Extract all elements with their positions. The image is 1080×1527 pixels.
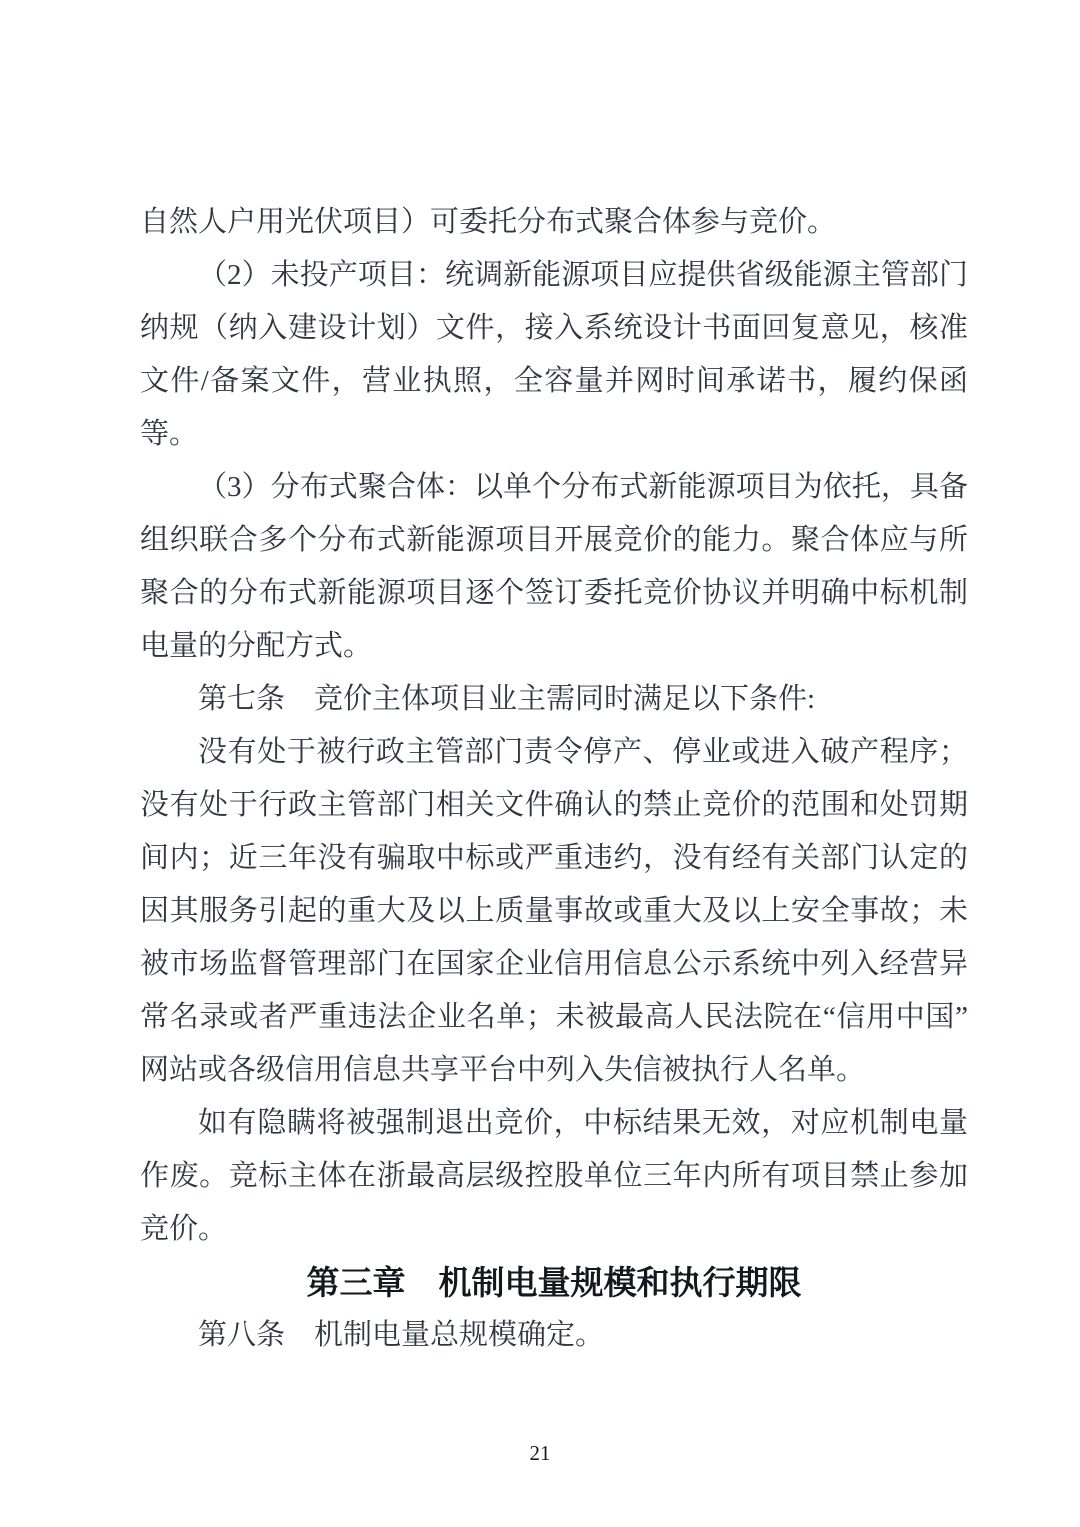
paragraph-qualification-conditions: 没有处于被行政主管部门责令停产、停业或进入破产程序；没有处于行政主管部门相关文件…: [140, 726, 968, 1097]
document-page: 自然人户用光伏项目）可委托分布式聚合体参与竞价。 （2）未投产项目：统调新能源项…: [0, 0, 1080, 1527]
paragraph-article-7: 第七条 竞价主体项目业主需同时满足以下条件:: [140, 673, 968, 726]
paragraph-item-3-distributed-aggregator: （3）分布式聚合体：以单个分布式新能源项目为依托，具备组织联合多个分布式新能源项…: [140, 461, 968, 673]
document-body: 自然人户用光伏项目）可委托分布式聚合体参与竞价。 （2）未投产项目：统调新能源项…: [140, 196, 968, 1362]
paragraph-article-8: 第八条 机制电量总规模确定。: [140, 1309, 968, 1362]
paragraph-item-2-unproduced-projects: （2）未投产项目：统调新能源项目应提供省级能源主管部门纳规（纳入建设计划）文件，…: [140, 249, 968, 461]
paragraph-continuation: 自然人户用光伏项目）可委托分布式聚合体参与竞价。: [140, 196, 968, 249]
paragraph-concealment-penalty: 如有隐瞒将被强制退出竞价，中标结果无效，对应机制电量作废。竞标主体在浙最高层级控…: [140, 1097, 968, 1256]
chapter-3-heading: 第三章 机制电量规模和执行期限: [140, 1256, 968, 1309]
page-number: 21: [0, 1438, 1080, 1468]
